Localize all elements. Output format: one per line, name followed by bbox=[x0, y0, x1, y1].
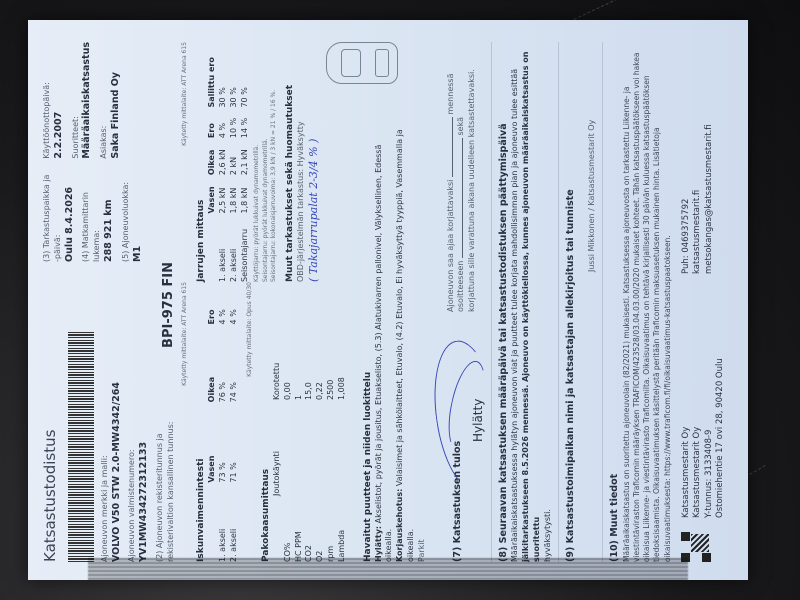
place-date: Oulu 8.4.2026 bbox=[64, 173, 77, 262]
drive-permit-line3: korjattuna sille varattuna aikana uudell… bbox=[467, 42, 478, 312]
company-address: Ostomiehentie 17 ovi 28, 90420 Oulu bbox=[715, 288, 726, 518]
cell: 0,00 bbox=[283, 282, 294, 400]
company-name-2: Katsastusmestarit Oy bbox=[692, 288, 703, 518]
vehicle-class-label: (5) Ajoneuvoluokka: bbox=[121, 173, 132, 262]
vehicle-class: M1 bbox=[132, 173, 145, 262]
cell: 2,5 kN bbox=[218, 175, 229, 213]
drive-permit-and: sekä bbox=[456, 117, 465, 135]
cell: 2,1 kN bbox=[240, 138, 251, 175]
cell bbox=[326, 400, 337, 496]
table-row: 2. akseli1,8 kN2 kN10 %30 % bbox=[229, 42, 240, 282]
handwritten-note: ( Takajarrupalat 2-3/4 % ) bbox=[307, 42, 322, 282]
performed-label: Suoritteet: bbox=[71, 42, 82, 159]
vin-label: Ajoneuvon valmistenumero: bbox=[127, 262, 138, 562]
cell: 10 % bbox=[229, 108, 240, 139]
cell: CO% bbox=[283, 496, 294, 562]
col-header: Ero bbox=[207, 108, 218, 139]
company-phone: Puh: 0469375792 bbox=[681, 124, 692, 274]
brake-note: Seisontajarru: pyörät lukkuivat dynamome… bbox=[262, 42, 270, 282]
inspector-name: Jussi Mikkonen / Katsastusmestarit Oy bbox=[587, 42, 598, 272]
next-inspection-text-c: hyväksytysti. bbox=[543, 42, 554, 562]
shock-table: Vasen Oikea Ero 1. akseli 73 % 76 % 4 % … bbox=[207, 282, 239, 562]
brake-heading: Jarrujen mittaus bbox=[195, 42, 207, 282]
cell: 2. akseli bbox=[229, 503, 240, 562]
cell: O2 bbox=[315, 496, 326, 562]
next-inspection-heading: (8) Seuraavan katsastuksen määräpäivä ta… bbox=[498, 42, 511, 562]
cell: 1,8 kN bbox=[240, 175, 251, 213]
vin: YV1MW434272312133 bbox=[138, 262, 151, 562]
rejected-text: Akselistot, pyörät ja jousitus, Etuaksel… bbox=[374, 145, 394, 562]
brake-note: Käyttöjarru: pyörät lukkuivat dynamometr… bbox=[253, 42, 261, 282]
registration-label: (2) Ajoneuvon rekisteritunnus ja rekiste… bbox=[155, 412, 177, 562]
table-row: 1. akseli2,5 kN2,6 kN4 %30 % bbox=[218, 42, 229, 282]
cell: 15,0 bbox=[304, 282, 315, 400]
qr-code-icon bbox=[681, 532, 711, 562]
table-row: HC PPM1 bbox=[294, 282, 305, 562]
cell: 76 % bbox=[218, 344, 229, 422]
cell: 2500 bbox=[326, 282, 337, 400]
col-header: Korotettu bbox=[272, 282, 283, 400]
company-website: katsastusmestarit.fi bbox=[692, 124, 703, 274]
cell: 70 % bbox=[240, 42, 251, 108]
emissions-device-note: Käytetty mittalaite: Opus 40/30 bbox=[246, 282, 254, 562]
cell: Lambda bbox=[337, 496, 348, 562]
inspection-certificate-photo: Katsastustodistus Ajoneuvon merkki ja ma… bbox=[28, 20, 748, 580]
cell: 4 % bbox=[218, 282, 229, 344]
col-header: Oikea bbox=[207, 138, 218, 175]
col-header: Sallittu ero bbox=[207, 42, 218, 108]
cell: 2 kN bbox=[229, 138, 240, 175]
odometer-label: (4) Matkamittarin lukema: bbox=[81, 173, 103, 262]
next-inspection-text-b: jälkitarkastukseen 8.5.2026 mennessä. Aj… bbox=[521, 42, 543, 562]
shock-device-note: Käytetty mittalaite: ATT Arena 615 bbox=[181, 282, 189, 562]
cell: 1. akseli bbox=[218, 213, 229, 282]
table-row: Seisontajarru1,8 kN2,1 kN14 %70 % bbox=[240, 42, 251, 282]
table-row: O20,22 bbox=[315, 282, 326, 562]
obd-check: OBD-järjestelmän tarkastus: Hyväksytty bbox=[296, 42, 307, 282]
cell: rpm bbox=[326, 496, 337, 562]
drive-permit-line2: osoitteeseen bbox=[456, 261, 465, 312]
table-row: Lambda1,008 bbox=[337, 282, 348, 562]
cell: 0,22 bbox=[315, 282, 326, 400]
cell: Seisontajarru bbox=[240, 213, 251, 282]
cell: 2,6 kN bbox=[218, 138, 229, 175]
cell: 1 bbox=[294, 282, 305, 400]
cell bbox=[337, 400, 348, 496]
company-name: Katsastusmestarit Oy bbox=[681, 288, 692, 518]
drive-permit-line1: Ajoneuvon saa ajaa korjattavaksi bbox=[446, 180, 455, 312]
table-row: 1. akseli 73 % 76 % 4 % bbox=[218, 282, 229, 562]
cell: 1,008 bbox=[337, 282, 348, 400]
cell: 30 % bbox=[229, 42, 240, 108]
brake-note: Seisontajarru: kokonaisjarruvoima: 3,9 k… bbox=[270, 42, 278, 282]
company-email: metsokangas@katsastusmestarit.fi bbox=[704, 124, 715, 274]
emissions-heading: Pakokaasumittaus bbox=[260, 282, 272, 562]
rejected-label: Hylätty: bbox=[374, 526, 383, 562]
col-header: Ero bbox=[207, 282, 218, 344]
cell: 73 % bbox=[218, 422, 229, 502]
car-diagram-icon bbox=[326, 42, 398, 84]
table-row: CO215,0 bbox=[304, 282, 315, 562]
cell: HC PPM bbox=[294, 496, 305, 562]
emissions-table: Joutokäynti Korotettu CO%0,00 HC PPM1 CO… bbox=[272, 282, 348, 562]
brake-device-note: Käytetty mittalaite: ATT Arena 615 bbox=[181, 42, 189, 282]
cell: CO2 bbox=[304, 496, 315, 562]
cell bbox=[304, 400, 315, 496]
cell bbox=[315, 400, 326, 496]
cell: 1. akseli bbox=[218, 503, 229, 562]
cell: 1,8 kN bbox=[229, 175, 240, 213]
shock-heading: Iskunvaimennintesti bbox=[195, 282, 207, 562]
cell: 71 % bbox=[229, 422, 240, 502]
table-row: 2. akseli 71 % 74 % 4 % bbox=[229, 282, 240, 562]
col-header bbox=[207, 503, 218, 562]
col-header bbox=[272, 496, 283, 562]
defects-heading: Havaitut puutteet ja niiden luokittelu bbox=[362, 122, 374, 562]
odometer: 288 921 km bbox=[103, 173, 116, 262]
commissioning-date: 2.2.2007 bbox=[53, 42, 66, 159]
other-info-text: Määräaikaiskatsastus on suoritettu ajone… bbox=[622, 42, 673, 562]
document-title: Katsastustodistus bbox=[40, 262, 60, 562]
parking-note: Parkit bbox=[417, 122, 428, 562]
table-row: rpm2500 bbox=[326, 282, 337, 562]
inspection-certificate: Katsastustodistus Ajoneuvon merkki ja ma… bbox=[28, 20, 748, 580]
cell bbox=[294, 400, 305, 496]
make-model: VOLVO V50 STW 2.0-MW4342/264 bbox=[111, 262, 124, 562]
signature-heading: (9) Katsastustoimipaikan nimi ja katsast… bbox=[565, 42, 578, 562]
cell: 4 % bbox=[218, 108, 229, 139]
repair-label: Korjauskehotus: bbox=[395, 489, 404, 562]
barcode bbox=[68, 332, 94, 562]
place-date-label: (3) Tarkastuspaikka ja -päivä: bbox=[42, 173, 64, 262]
other-info-heading: (10) Muut tiedot bbox=[609, 42, 622, 562]
next-inspection-text-a: Määräaikaiskatsastuksessa hylätyn ajoneu… bbox=[510, 42, 521, 562]
cell: 2. akseli bbox=[229, 213, 240, 282]
cell bbox=[283, 400, 294, 496]
col-header: Joutokäynti bbox=[272, 400, 283, 496]
customer: Saka Finland Oy bbox=[110, 42, 123, 159]
table-row: CO%0,00 bbox=[283, 282, 294, 562]
registration-plate: BPI-975 FIN bbox=[160, 262, 178, 348]
other-checks-heading: Muut tarkastukset sekä huomautukset bbox=[284, 42, 296, 282]
cell: 30 % bbox=[218, 42, 229, 108]
col-header: Vasen bbox=[207, 175, 218, 213]
brake-table: Vasen Oikea Ero Sallittu ero 1. akseli2,… bbox=[207, 42, 250, 282]
drive-permit-deadline: mennessä bbox=[446, 74, 455, 115]
business-id: Y-tunnus: 3133408-9 bbox=[704, 288, 715, 518]
commissioning-label: Käyttöönottopäivä: bbox=[42, 42, 53, 159]
col-header bbox=[207, 213, 218, 282]
customer-label: Asiakas: bbox=[99, 42, 110, 159]
col-header: Oikea bbox=[207, 344, 218, 422]
performed: Määräaikaiskatsastus bbox=[81, 42, 94, 159]
make-model-label: Ajoneuvon merkki ja malli: bbox=[100, 262, 111, 562]
cell: 14 % bbox=[240, 108, 251, 139]
col-header: Vasen bbox=[207, 422, 218, 502]
cell: 4 % bbox=[229, 282, 240, 344]
cell: 74 % bbox=[229, 344, 240, 422]
